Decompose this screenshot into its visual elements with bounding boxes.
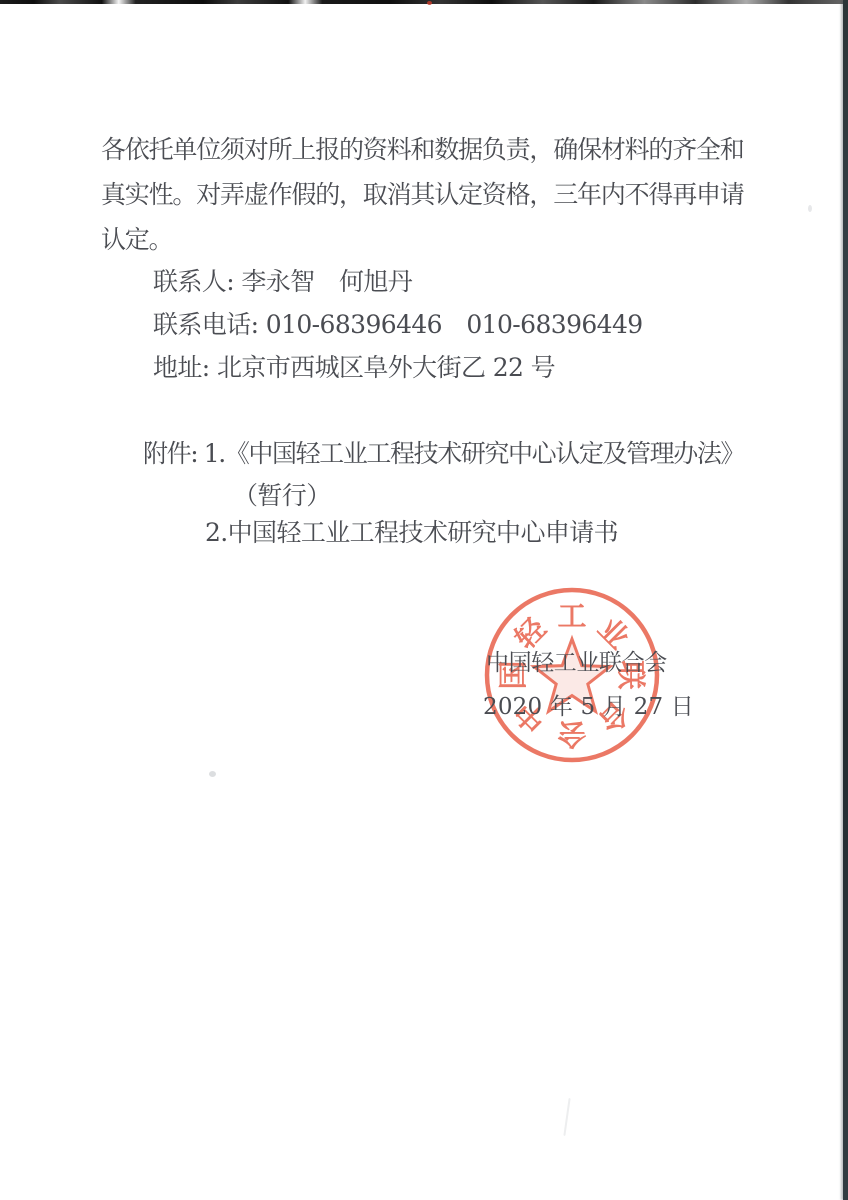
contact-address-line: 地址: 北京市西城区阜外大街乙 22 号 bbox=[153, 354, 555, 383]
scan-speck bbox=[808, 205, 812, 212]
contact-phone-line: 联系电话: 010-68396446 010-68396449 bbox=[153, 311, 643, 340]
attachment-item-1-wrap-line: （暂行） bbox=[233, 482, 331, 511]
paragraph-line-3: 认定。 bbox=[101, 226, 172, 255]
attachment-item-2-line: 2.中国轻工业工程技术研究中心申请书 bbox=[205, 519, 618, 548]
scan-speck bbox=[563, 1098, 570, 1136]
paragraph-line-2: 真实性。对弄虚作假的，取消其认定资格，三年内不得再申请 bbox=[101, 181, 744, 210]
seal-ring-char: 会 bbox=[557, 717, 586, 751]
seal-ring-char: 工 bbox=[557, 599, 586, 633]
scan-speck bbox=[209, 771, 216, 777]
paragraph-line-1: 各依托单位须对所上报的资料和数据负责，确保材料的齐全和 bbox=[101, 136, 744, 165]
scan-artifact-right-edge bbox=[843, 0, 848, 1200]
contact-person-line: 联系人: 李永智 何旭丹 bbox=[153, 268, 412, 297]
scanned-document-page: 各依托单位须对所上报的资料和数据负责，确保材料的齐全和 真实性。对弄虚作假的，取… bbox=[0, 0, 848, 1200]
scan-artifact-top-edge bbox=[0, 0, 848, 4]
scan-speck-red bbox=[427, 1, 432, 5]
seal-ring-char: 业 bbox=[591, 611, 636, 656]
signature-date: 2020 年 5 月 27 日 bbox=[483, 694, 694, 720]
signature-organization: 中国轻工业联合会 bbox=[486, 650, 667, 676]
attachment-item-1-line: 附件: 1.《中国轻工业工程技术研究中心认定及管理办法》 bbox=[143, 440, 744, 469]
